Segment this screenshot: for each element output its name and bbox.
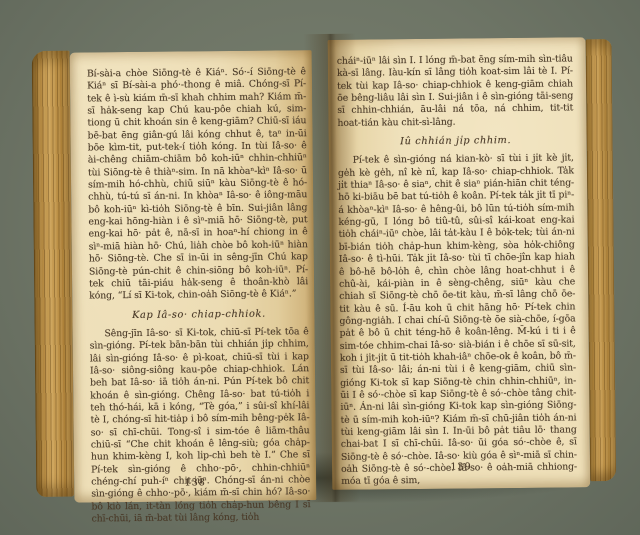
left-page-section-heading: Kap Iâ-so· chiap-chhiok. [89,308,308,323]
open-book: Bí-sài-a chòe Siōng-tè ê Kiáⁿ. Só·-í Siō… [32,31,617,513]
left-fore-edge-page-stack [32,51,75,497]
right-page-section-heading: Iû chhián ji̍p chhim. [338,134,574,149]
right-page-paragraph-continued: cháiⁿ-iūⁿ lâi sìn I. I lóng m̄-bat ēng s… [337,53,574,130]
left-page-text-block: Bí-sài-a chòe Siōng-tè ê Kiáⁿ. Só·-í Siō… [87,66,311,526]
photo-background: Bí-sài-a chòe Siōng-tè ê Kiáⁿ. Só·-í Siō… [0,0,640,535]
right-page-text-block: cháiⁿ-iūⁿ lâi sìn I. I lóng m̄-bat ēng s… [337,53,578,488]
right-page: cháiⁿ-iūⁿ lâi sìn I. I lóng m̄-bat ēng s… [328,37,591,490]
left-page-paragraph-continued: Bí-sài-a chòe Siōng-tè ê Kiáⁿ. Só·-í Siō… [87,66,308,303]
right-fore-edge-page-stack [586,39,617,481]
right-page-paragraph-after-heading: Pí-tek ê sìn-gióng ná kian-kò· sī tùi i … [338,153,577,489]
left-page-paragraph-after-heading: Sêng-jīn Iâ-so· sī Ki-tok, chiū-sī Pí-te… [90,326,311,526]
left-page: Bí-sài-a chòe Siōng-tè ê Kiáⁿ. Só·-í Siō… [70,50,317,503]
